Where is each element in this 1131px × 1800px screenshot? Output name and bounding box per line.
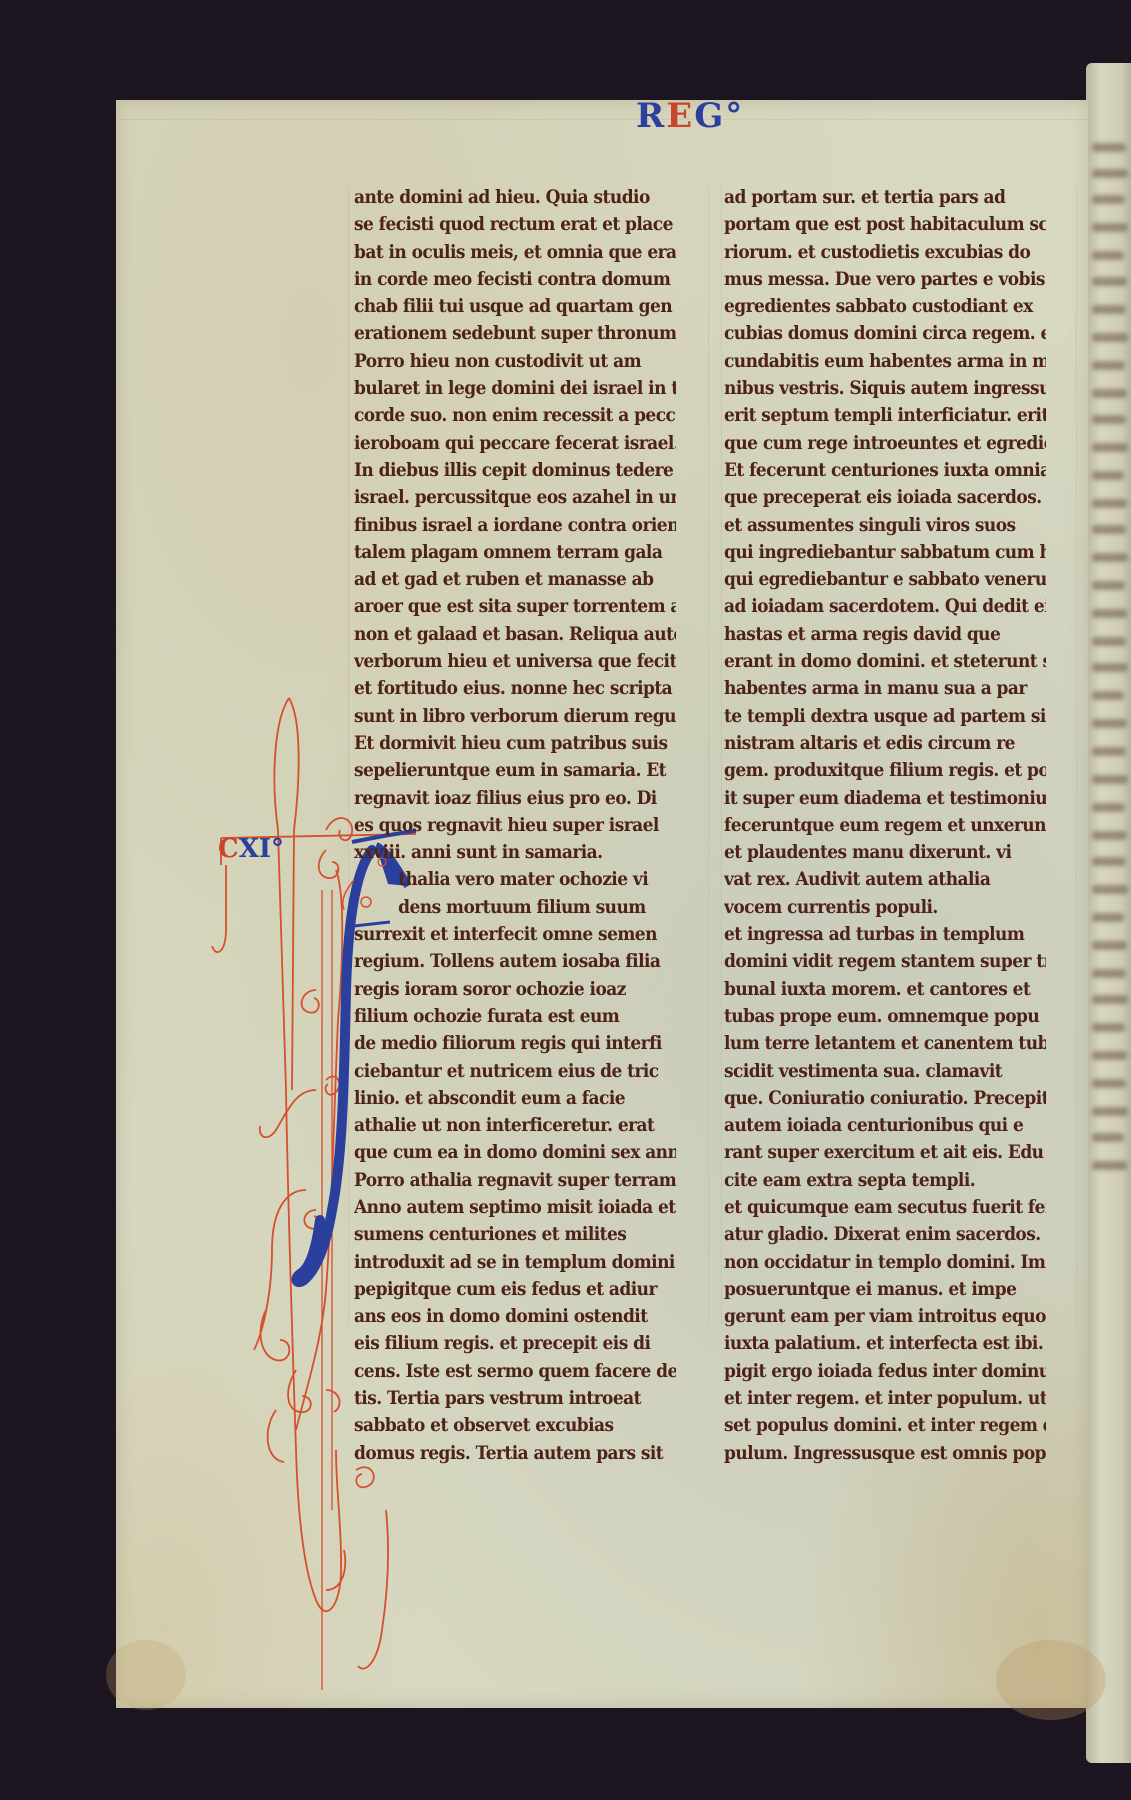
text-line: riorum. et custodietis excubias do [724, 239, 1046, 266]
text-line: dens mortuum filium suum [354, 894, 676, 921]
text-line: iuxta palatium. et interfecta est ibi. P… [724, 1330, 1046, 1357]
text-line: chab filii tui usque ad quartam gen [354, 293, 676, 320]
ruling-line [708, 185, 709, 1325]
text-line: habentes arma in manu sua a par [724, 675, 1046, 702]
text-line: domus regis. Tertia autem pars sit [354, 1440, 676, 1467]
text-column-right: ad portam sur. et tertia pars ad portam … [724, 184, 1074, 1467]
text-line: qui ingrediebantur sabbatum cum his [724, 539, 1046, 566]
text-line: In diebus illis cepit dominus tedere sup… [354, 457, 676, 484]
text-line: Porro hieu non custodivit ut am [354, 348, 676, 375]
manuscript-page: REG° [116, 100, 1088, 1708]
text-line: que cum ea in domo domini sex annis. [354, 1139, 676, 1166]
text-line: linio. et abscondit eum a facie [354, 1085, 676, 1112]
text-line: introduxit ad se in templum domini. [354, 1249, 676, 1276]
text-line: gem. produxitque filium regis. et posu [724, 757, 1046, 784]
text-line: regnavit ioaz filius eius pro eo. Di [354, 785, 676, 812]
text-line: cens. Iste est sermo quem facere debe [354, 1358, 676, 1385]
text-line: se fecisti quod rectum erat et place [354, 211, 676, 238]
text-line: lum terre letantem et canentem tubis. et [724, 1030, 1046, 1057]
ruling-line [1076, 185, 1077, 1325]
text-line: it super eum diadema et testimonium. [724, 785, 1046, 812]
text-line: que preceperat eis ioiada sacerdos. [724, 484, 1046, 511]
running-title: REG° [636, 96, 744, 136]
text-line: sepelieruntque eum in samaria. Et [354, 757, 676, 784]
parchment-stain [106, 1640, 186, 1710]
text-line: non et galaad et basan. Reliqua autem [354, 621, 676, 648]
text-column-left: ante domini ad hieu. Quia studio se feci… [354, 184, 704, 1467]
text-line: tubas prope eum. omnemque popu [724, 1003, 1046, 1030]
text-line: regis ioram soror ochozie ioaz [354, 976, 676, 1003]
text-line: que. Coniuratio coniuratio. Precepit [724, 1085, 1046, 1112]
text-line: filium ochozie furata est eum [354, 1003, 676, 1030]
text-line: mus messa. Due vero partes e vobis omnes [724, 266, 1046, 293]
text-line: ciebantur et nutricem eius de tric [354, 1058, 676, 1085]
text-line: que cum rege introeuntes et egredientes. [724, 430, 1046, 457]
text-line: Et dormivit hieu cum patribus suis [354, 730, 676, 757]
text-line: portam que est post habitaculum scuta [724, 211, 1046, 238]
text-line: domini vidit regem stantem super tri [724, 948, 1046, 975]
text-line: Et fecerunt centuriones iuxta omnia [724, 457, 1046, 484]
text-line: set populus domini. et inter regem et po [724, 1412, 1046, 1439]
text-line: et assumentes singuli viros suos [724, 512, 1046, 539]
text-line: vat rex. Audivit autem athalia [724, 866, 1046, 893]
parchment-stain [996, 1640, 1106, 1720]
text-line: xxviii. anni sunt in samaria. [354, 839, 676, 866]
adjacent-page-edge [1086, 63, 1131, 1763]
text-line: qui egrediebantur e sabbato venerunt [724, 566, 1046, 593]
text-line: ante domini ad hieu. Quia studio [354, 184, 676, 211]
text-line: athalie ut non interficeretur. erat [354, 1112, 676, 1139]
text-line: cubias domus domini circa regem. et cir [724, 320, 1046, 347]
text-line: eis filium regis. et precepit eis di [354, 1330, 676, 1357]
text-line: erationem sedebunt super thronum israel. [354, 320, 676, 347]
text-line: bunal iuxta morem. et cantores et [724, 976, 1046, 1003]
text-line: talem plagam omnem terram gala [354, 539, 676, 566]
chapter-marker-numeral: XI° [239, 834, 284, 864]
running-title-letter: R [636, 96, 666, 136]
text-line: sabbato et observet excubias [354, 1412, 676, 1439]
text-line: et plaudentes manu dixerunt. vi [724, 839, 1046, 866]
text-line: sumens centuriones et milites [354, 1221, 676, 1248]
chapter-marker: CXI° [218, 834, 284, 864]
running-title-letter: ° [725, 96, 744, 136]
text-line: pulum. Ingressusque est omnis populus [724, 1440, 1046, 1467]
text-line: ieroboam qui peccare fecerat israel. [354, 430, 676, 457]
text-line: posueruntque ei manus. et impe [724, 1276, 1046, 1303]
text-line: vocem currentis populi. [724, 894, 1046, 921]
text-line: corde suo. non enim recessit a peccatis [354, 402, 676, 429]
running-title-letter: G [694, 96, 725, 136]
text-line: ad portam sur. et tertia pars ad [724, 184, 1046, 211]
text-line: ans eos in domo domini ostendit [354, 1303, 676, 1330]
text-line: nistram altaris et edis circum re [724, 730, 1046, 757]
text-line: cundabitis eum habentes arma in ma [724, 348, 1046, 375]
text-line: finibus israel a iordane contra orien [354, 512, 676, 539]
text-line: pepigitque cum eis fedus et adiur [354, 1276, 676, 1303]
text-line: bat in oculis meis, et omnia que erant [354, 239, 676, 266]
text-line: sunt in libro verborum dierum regum isra… [354, 703, 676, 730]
text-line: pigit ergo ioiada fedus inter dominum [724, 1358, 1046, 1385]
text-line: gerunt eam per viam introitus equorum [724, 1303, 1046, 1330]
text-line: ad ioiadam sacerdotem. Qui dedit eis [724, 593, 1046, 620]
text-line: aroer que est sita super torrentem ar [354, 593, 676, 620]
text-line: es quos regnavit hieu super israel [354, 812, 676, 839]
text-line: hastas et arma regis david que [724, 621, 1046, 648]
text-line: Anno autem septimo misit ioiada et as [354, 1194, 676, 1221]
text-line: bularet in lege domini dei israel in tot… [354, 375, 676, 402]
text-line: scidit vestimenta sua. clamavit [724, 1058, 1046, 1085]
text-line: tis. Tertia pars vestrum introeat [354, 1385, 676, 1412]
text-line: thalia vero mater ochozie vi [354, 866, 676, 893]
text-line: ad et gad et ruben et manasse ab [354, 566, 676, 593]
text-line: non occidatur in templo domini. Im [724, 1249, 1046, 1276]
text-line: regium. Tollens autem iosaba filia [354, 948, 676, 975]
text-line: et quicumque eam secutus fuerit feri [724, 1194, 1046, 1221]
text-line: et inter regem. et inter populum. ut es [724, 1385, 1046, 1412]
running-title-letter: E [666, 96, 694, 136]
text-line: te templi dextra usque ad partem si [724, 703, 1046, 730]
text-line: et fortitudo eius. nonne hec scripta [354, 675, 676, 702]
text-line: cite eam extra septa templi. [724, 1167, 1046, 1194]
text-line: nibus vestris. Siquis autem ingressus fu [724, 375, 1046, 402]
text-line: erant in domo domini. et steterunt singu… [724, 648, 1046, 675]
ruling-line [721, 185, 722, 1325]
text-line: Porro athalia regnavit super terram. [354, 1167, 676, 1194]
text-line: in corde meo fecisti contra domum a [354, 266, 676, 293]
text-line: egredientes sabbato custodiant ex [724, 293, 1046, 320]
text-line: erit septum templi interficiatur. eritis [724, 402, 1046, 429]
text-line: et ingressa ad turbas in templum [724, 921, 1046, 948]
chapter-marker-c: C [218, 834, 239, 864]
text-line: autem ioiada centurionibus qui e [724, 1112, 1046, 1139]
text-line: feceruntque eum regem et unxerunt. [724, 812, 1046, 839]
text-line: verborum hieu et universa que fecit. [354, 648, 676, 675]
ruling-line [116, 119, 1088, 120]
text-line: de medio filiorum regis qui interfi [354, 1030, 676, 1057]
text-line: israel. percussitque eos azahel in unive… [354, 484, 676, 511]
text-line: atur gladio. Dixerat enim sacerdos. [724, 1221, 1046, 1248]
text-line: rant super exercitum et ait eis. Edu [724, 1139, 1046, 1166]
text-line: surrexit et interfecit omne semen [354, 921, 676, 948]
